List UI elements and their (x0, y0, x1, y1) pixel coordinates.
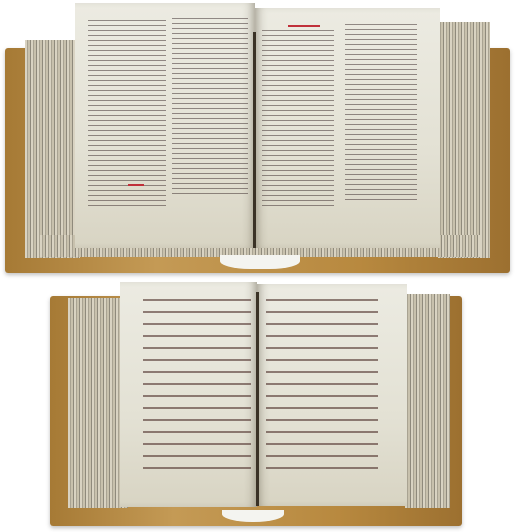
lower-manuscript: Lower open manuscript volume (0, 280, 515, 532)
lower-book-right-edge (405, 294, 450, 508)
upper-rubric-1 (288, 25, 320, 27)
upper-book-right-edge (438, 22, 490, 258)
upper-text-column-4 (345, 22, 417, 202)
upper-text-column-1 (88, 18, 166, 208)
lower-text-block-right (266, 294, 378, 478)
lower-text-block-left (143, 294, 251, 474)
upper-text-column-2 (172, 16, 248, 196)
upper-book-left-edge (25, 40, 80, 258)
upper-page-stand (220, 255, 300, 269)
upper-gutter (253, 32, 256, 248)
upper-rubric-2 (128, 184, 144, 186)
upper-manuscript: Upper open manuscript volume (0, 0, 515, 280)
lower-book-left-edge (68, 298, 128, 508)
upper-text-column-3 (262, 28, 334, 206)
lower-gutter (256, 292, 259, 506)
